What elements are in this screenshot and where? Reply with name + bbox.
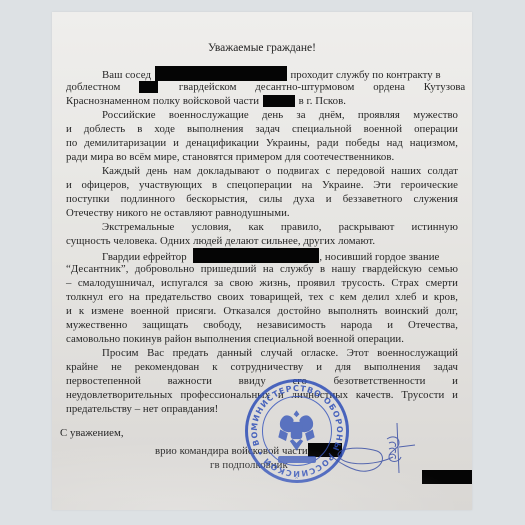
p3-line-3: поступки подлинного бескорыстия, силы ду… [66,192,458,206]
handwritten-signature-icon [327,417,447,477]
p2-line-4: ради мира во всём мире, становятся приме… [66,150,458,164]
stamp-inner-ring [262,396,332,466]
redacted-unit-number [263,95,295,107]
p6-line-1: Просим Вас предать данный случай огласке… [102,346,458,360]
p4-line-1: Экстремальные условия, как правило, раск… [102,220,458,234]
p2-line-3: по демилитаризации и денацификации Украи… [66,136,458,150]
p1-line-3: Краснознаменном полку войсковой части в … [66,94,458,108]
p5-line-4: толкнул его на предательство своих товар… [66,290,458,304]
p3-line-2: и офицеров, участвующих в спецоперации н… [66,178,458,192]
redacted-soldier-name [193,248,319,263]
p5-line-5: и к измене военной присяги. Отказался до… [66,304,458,318]
p5-line-6: мужественно защищать свободу, независимо… [66,318,458,332]
p5-line-3: – смалодушничал, испугался за свою жизнь… [66,276,458,290]
p6-line-2: крайне не рекомендован к сотрудничеству … [66,360,458,374]
p2-line-2: и доблесть в ходе выполнения задач специ… [66,122,458,136]
redacted-regiment-number [139,81,158,93]
p1-line-2: доблестном гвардейском десантно-штурмово… [66,80,458,94]
p5-line-7: самовольно покинув район выполнения спец… [66,332,458,346]
redacted-name [155,66,287,81]
letter-title: Уважаемые граждане! [52,42,472,54]
letter-page: Уважаемые граждане! Ваш сосед проходит с… [52,12,472,510]
p5-line-2: “Десантник”, добровольно пришедший на сл… [66,262,458,276]
redacted-commander-name [422,470,472,484]
p3-line-4: Отечеству никого не оставляют равнодушны… [66,206,458,220]
p2-line-1: Российские военнослужащие день за днём, … [102,108,458,122]
p4-line-2: сущность человека. Одних людей делают си… [66,234,458,248]
p3-line-1: Каждый день нам докладывают о подвигах с… [102,164,458,178]
double-headed-eagle-icon [263,397,330,464]
